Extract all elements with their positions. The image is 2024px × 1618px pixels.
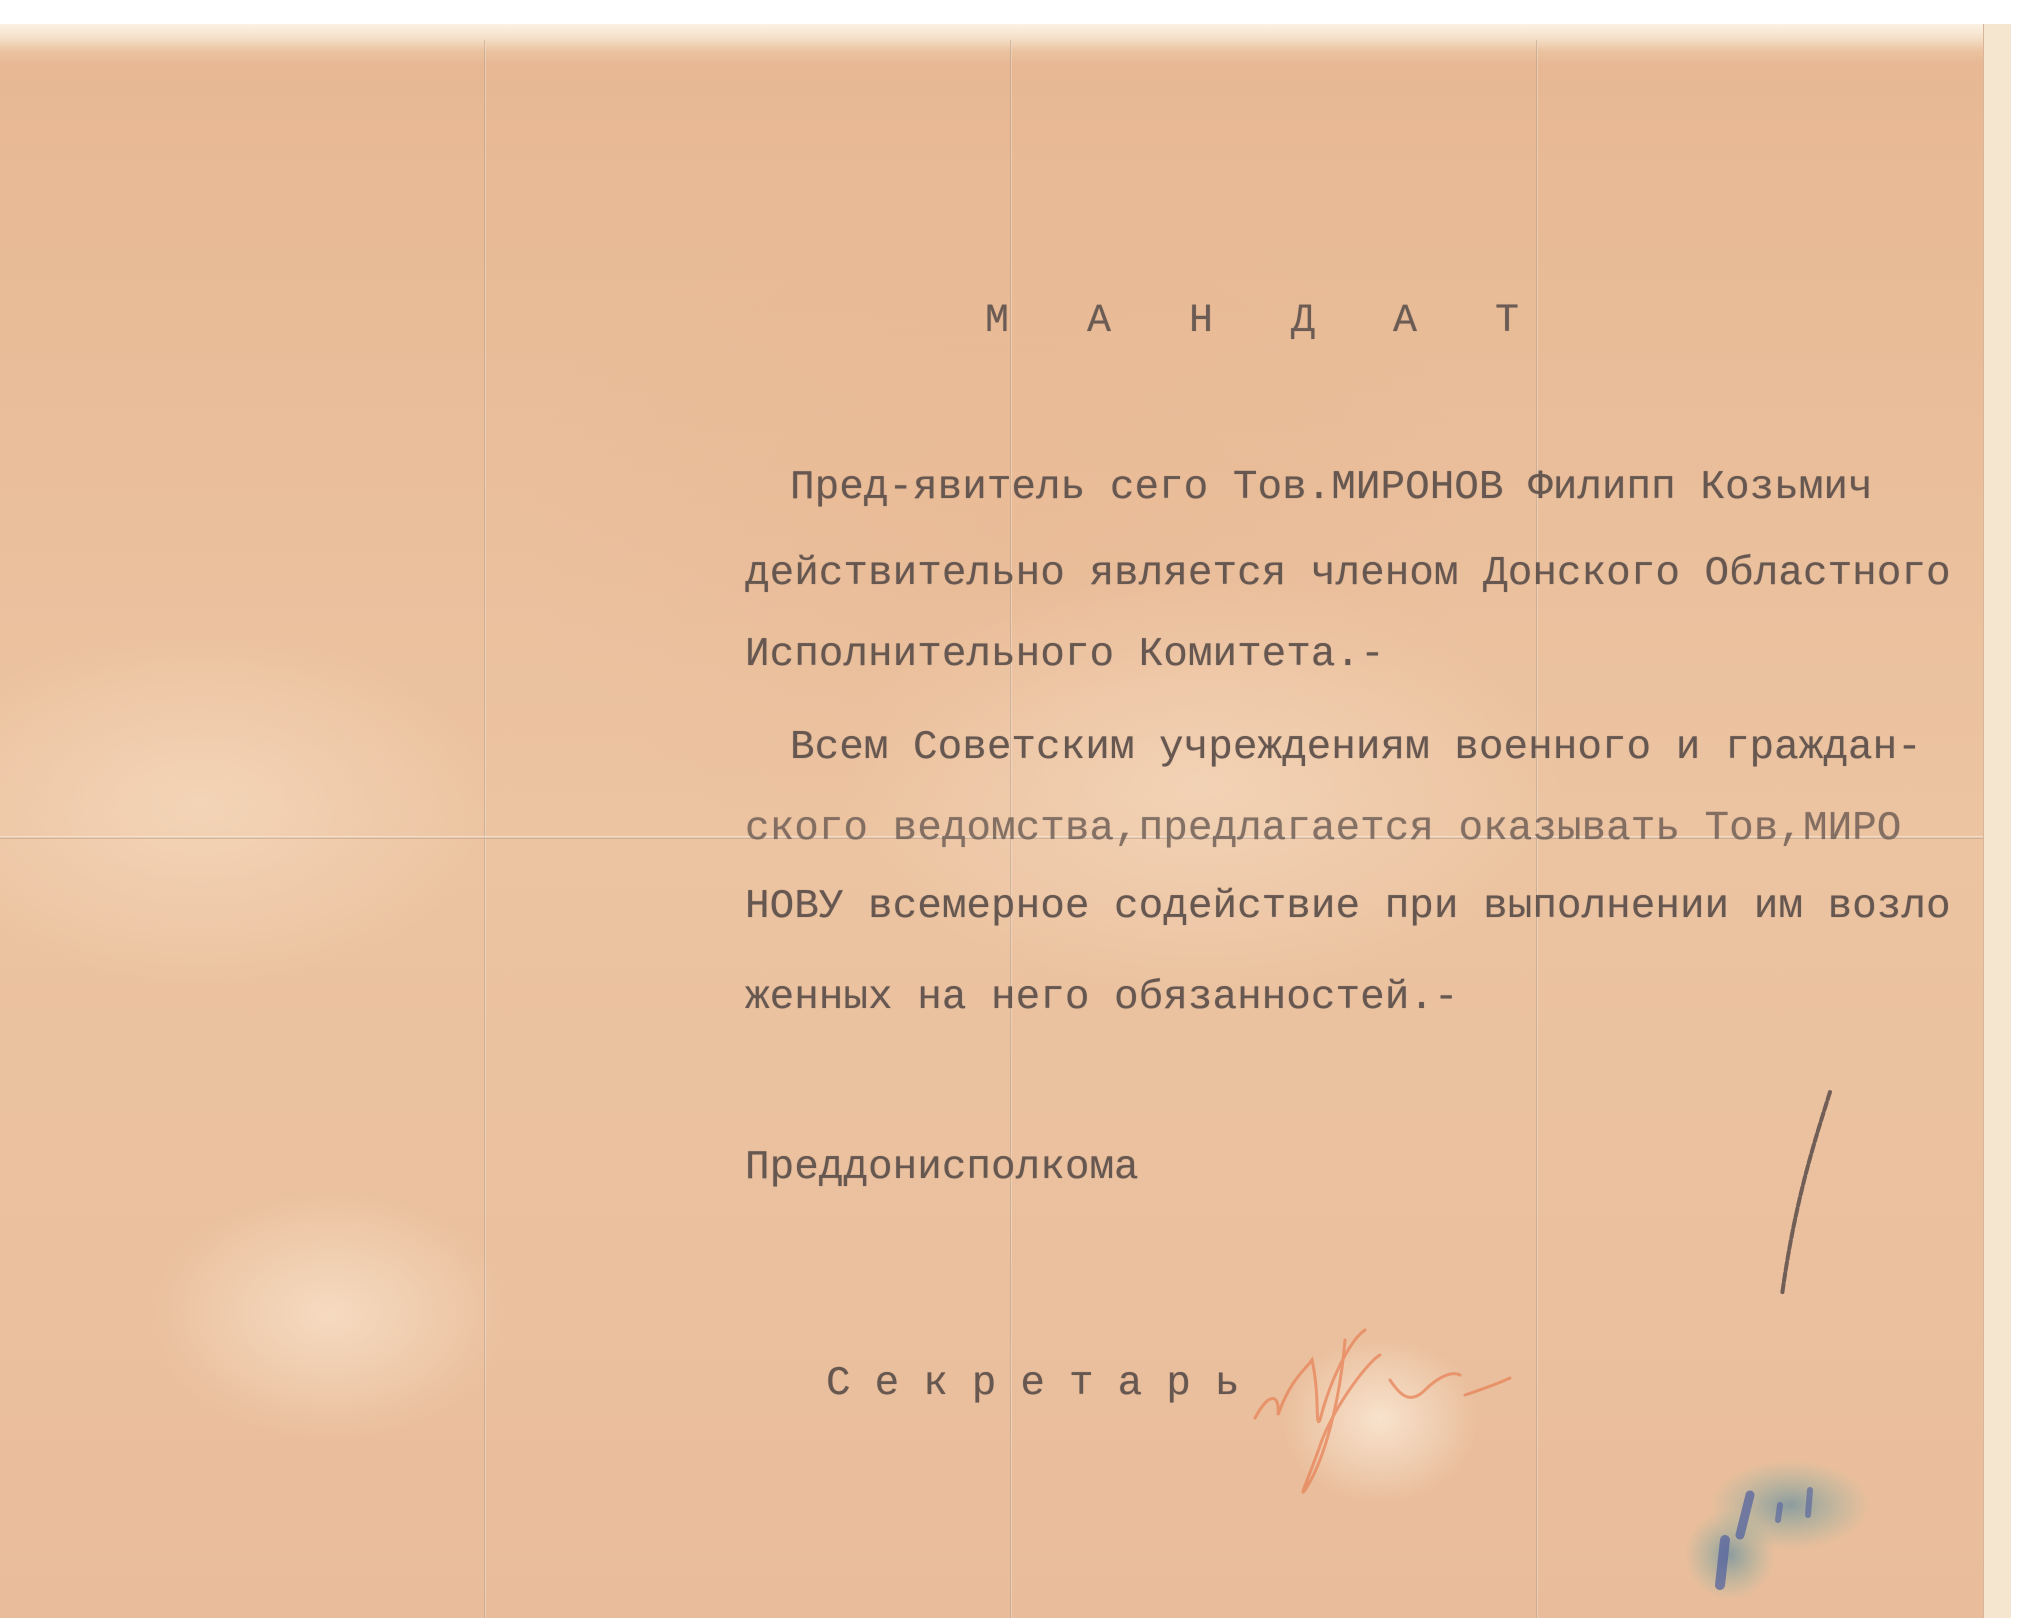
body-line: действительно является членом Донского О…: [745, 554, 1951, 595]
paper-top-edge: [0, 24, 2010, 50]
body-line: Исполнительного Комитета.-: [745, 635, 1385, 676]
fold-crease: [484, 40, 486, 1618]
body-line: женных на него обязанностей.-: [745, 978, 1459, 1019]
signatory-chairman-label: Преддониcполкома: [745, 1148, 1139, 1189]
body-line: Пред-явитель сего Тов.МИРОНОВ Филипп Коз…: [790, 468, 1873, 509]
paper-right-edge: [1983, 24, 2011, 1618]
body-line: ского ведомства,предлагается оказывать Т…: [745, 809, 1901, 850]
signatory-secretary-label: Секретарь: [826, 1364, 1263, 1405]
ink-stamp-icon: [1670, 1460, 1880, 1600]
body-line: Всем Советским учреждениям военного и гр…: [790, 728, 1922, 769]
body-line: НОВУ всемерное содействие при выполнении…: [745, 887, 1951, 928]
pencil-mark-icon: [1760, 1080, 1850, 1320]
document-title: МАНДАТ: [985, 302, 1597, 342]
handwritten-signature-icon: [1250, 1300, 1610, 1540]
